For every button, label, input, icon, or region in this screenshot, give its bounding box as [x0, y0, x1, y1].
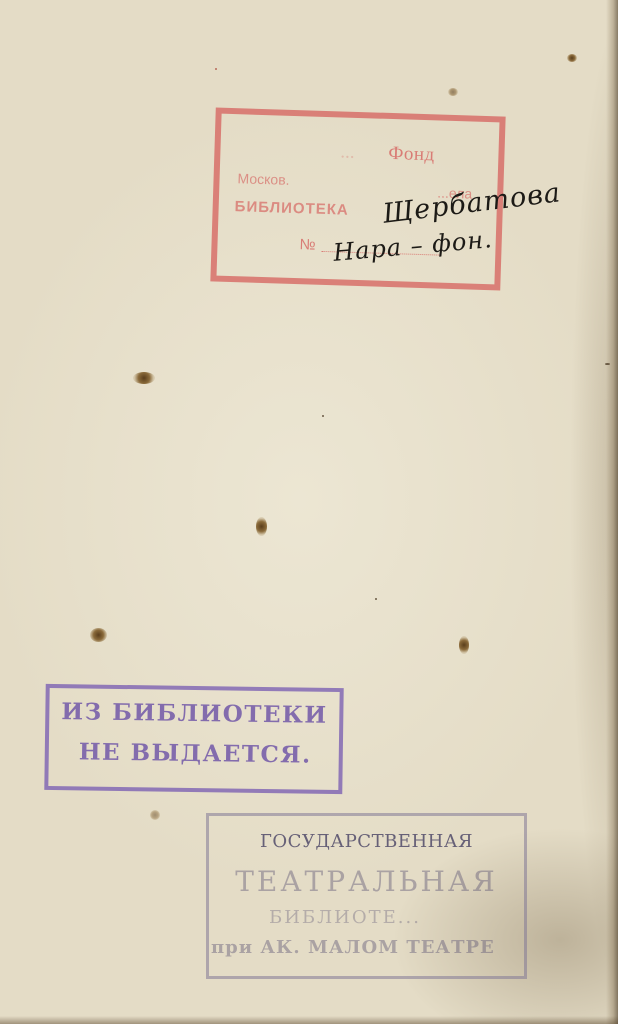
speck: [375, 598, 377, 600]
page-edge-shadow-right: [606, 0, 618, 1024]
speck: [215, 68, 217, 70]
page-edge-shadow-bottom: [0, 1016, 618, 1024]
stamp-text-moskov: Москов.: [237, 170, 289, 188]
stamp-text-line2: НЕ ВЫДАЕТСЯ.: [79, 738, 312, 768]
stamp-text-line4: при АК. МАЛОМ ТЕАТРЕ: [211, 937, 524, 958]
foxing-spot: [567, 54, 577, 62]
stamp-text-line1: ГОСУДАРСТВЕННАЯ: [209, 831, 524, 852]
theatre-library-stamp: ГОСУДАРСТВЕННАЯ ТЕАТРАЛЬНАЯ БИБЛИОТЕ... …: [206, 813, 527, 979]
stamp-text-fond: Фонд: [388, 143, 435, 166]
foxing-spot: [90, 628, 107, 642]
paper-page: ... Фонд Москов. ...ела БИБЛИОТЕКА № Щер…: [0, 0, 618, 1024]
foxing-spot: [256, 517, 267, 536]
stamp-text-line1: ИЗ БИБЛИОТЕКИ: [61, 698, 328, 729]
stamp-text-faint: ...: [340, 141, 355, 163]
not-for-loan-stamp: ИЗ БИБЛИОТЕКИ НЕ ВЫДАЕТСЯ.: [44, 684, 343, 794]
stamp-text-line2: ТЕАТРАЛЬНАЯ: [209, 865, 524, 898]
foxing-spot: [459, 636, 469, 654]
speck: [605, 363, 610, 365]
stamp-text-line3: БИБЛИОТЕ...: [269, 907, 524, 928]
stamp-text-biblioteka: БИБЛИОТЕКА: [234, 198, 349, 219]
speck: [322, 415, 324, 417]
foxing-spot: [133, 372, 155, 384]
stamp-number-label: №: [299, 236, 316, 253]
foxing-spot: [448, 88, 458, 96]
foxing-spot: [150, 810, 160, 820]
